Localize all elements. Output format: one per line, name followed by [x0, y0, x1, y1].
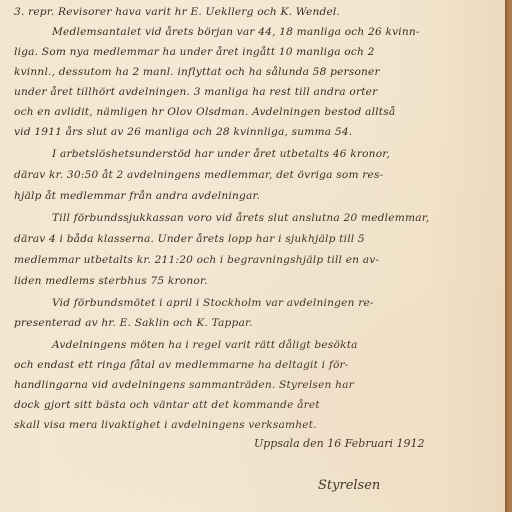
signature: Styrelsen — [318, 478, 380, 493]
text-line: I arbetslöshetsunderstöd har under året … — [14, 144, 390, 164]
paper-edge-border — [505, 0, 512, 512]
text-line: och en avlidit, nämligen hr Olov Olsdman… — [14, 102, 395, 122]
text-line: och endast ett ringa fåtal av medlemmarn… — [14, 355, 349, 375]
text-line: därav 4 i båda klasserna. Under årets lo… — [14, 229, 365, 249]
text-line: 3. repr. Revisorer hava varit hr E. Uekl… — [14, 2, 340, 22]
text-line: skall visa mera livaktighet i avdelninge… — [14, 415, 317, 435]
place-and-date: Uppsala den 16 Februari 1912 — [254, 437, 425, 450]
text-line: dock gjort sitt bästa och väntar att det… — [14, 395, 320, 415]
text-line: Medlemsantalet vid årets början var 44, … — [14, 22, 420, 42]
text-line: liden medlems sterbhus 75 kronor. — [14, 271, 208, 291]
text-line: Till förbundssjukkassan voro vid årets s… — [14, 208, 429, 228]
text-line: medlemmar utbetalts kr. 211:20 och i beg… — [14, 250, 379, 270]
text-line: liga. Som nya medlemmar ha under året in… — [14, 42, 375, 62]
text-line: vid 1911 års slut av 26 manliga och 28 k… — [14, 122, 352, 142]
text-line: hjälp åt medlemmar från andra avdelninga… — [14, 186, 260, 206]
text-line: handlingarna vid avdelningens sammanträd… — [14, 375, 354, 395]
text-line: kvinnl., dessutom ha 2 manl. inflyttat o… — [14, 62, 380, 82]
text-line: presenterad av hr. E. Saklin och K. Tapp… — [14, 313, 253, 333]
text-line: Avdelningens möten ha i regel varit rätt… — [14, 335, 358, 355]
text-line: Vid förbundsmötet i april i Stockholm va… — [14, 293, 374, 313]
text-line: därav kr. 30:50 åt 2 avdelningens medlem… — [14, 165, 383, 185]
text-line: under året tillhört avdelningen. 3 manli… — [14, 82, 377, 102]
document-page: 3. repr. Revisorer hava varit hr E. Uekl… — [0, 0, 505, 512]
